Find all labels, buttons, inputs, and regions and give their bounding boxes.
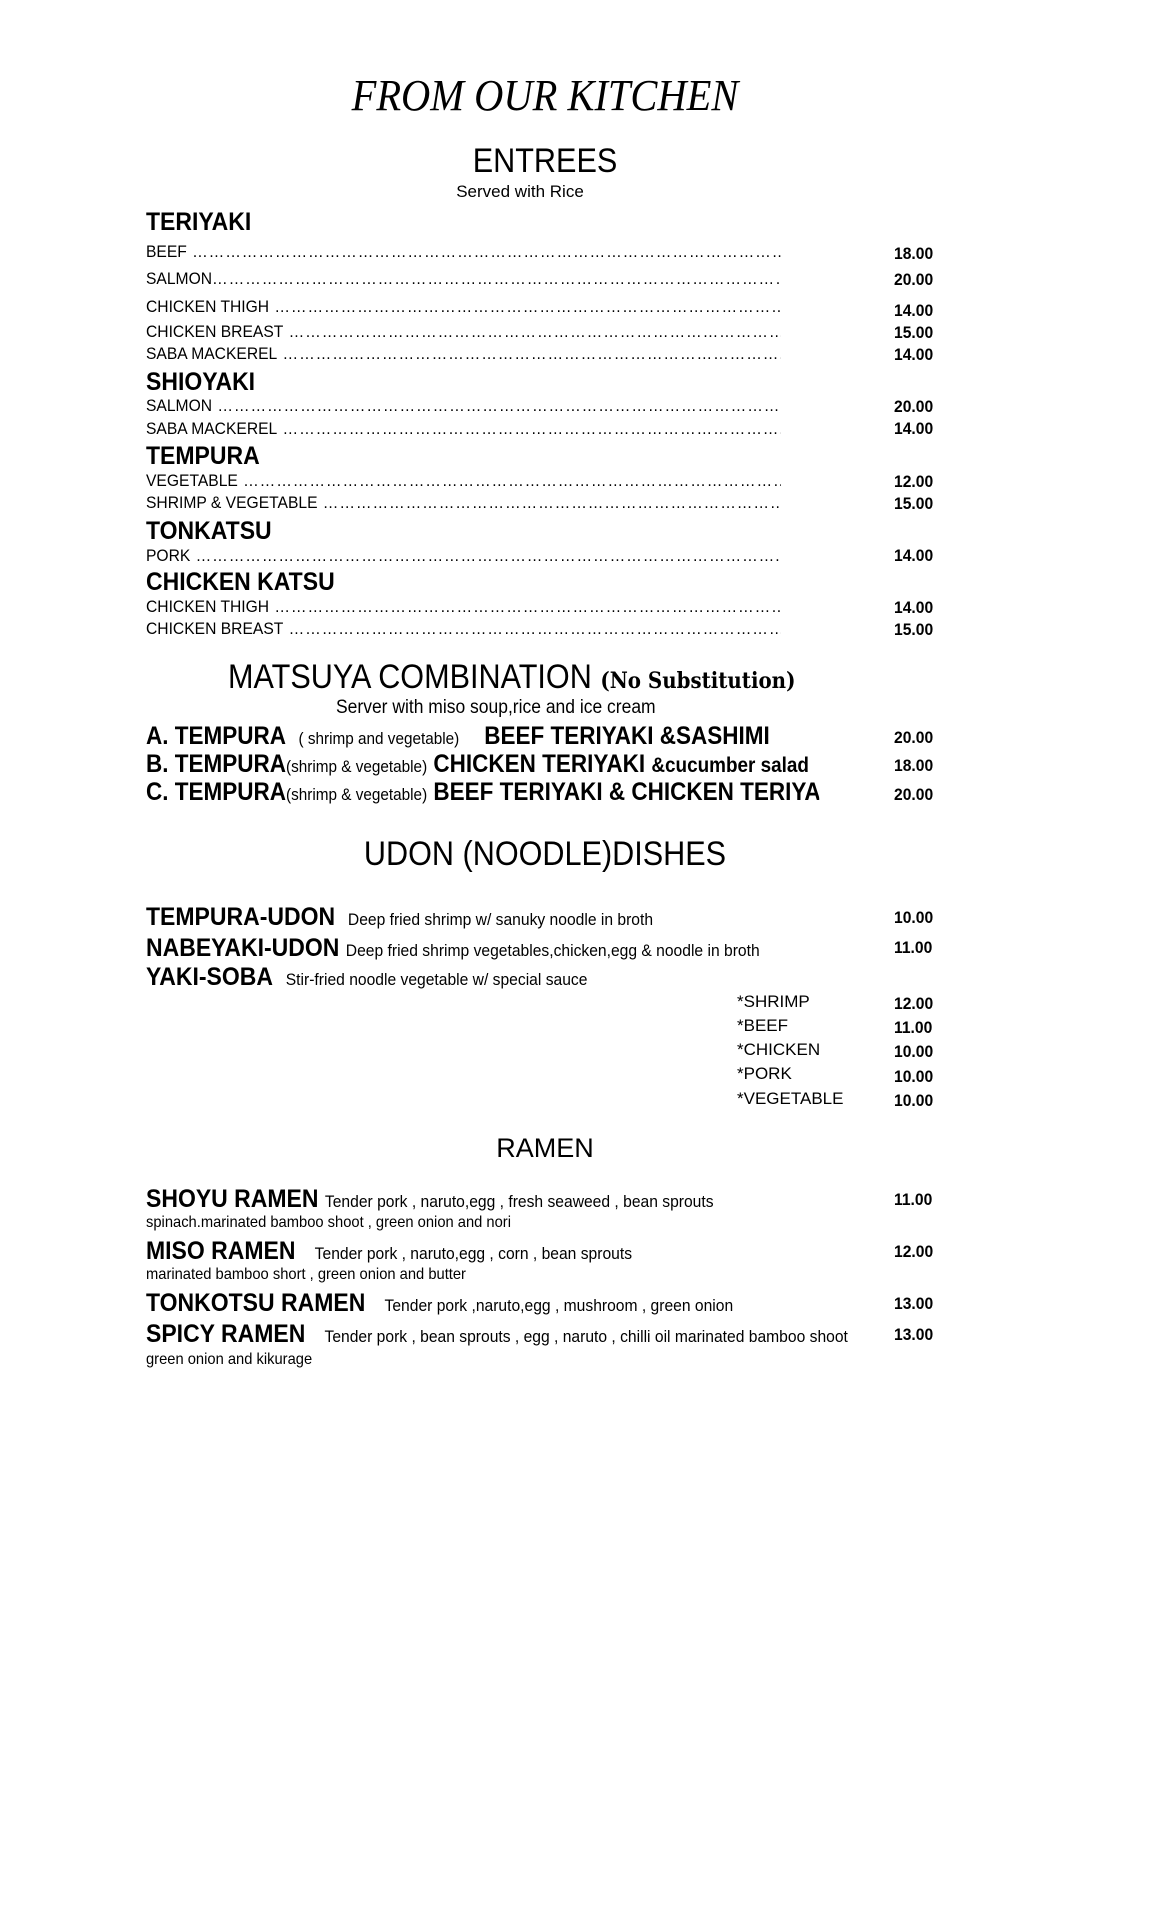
dish-desc-continued: spinach.marinated bamboo shoot , green o… bbox=[146, 1213, 511, 1233]
dot-leader: ……………………………………………………………………………….. bbox=[283, 322, 780, 341]
combo-with: BEEF TERIYAKI &SASHIMI bbox=[484, 722, 769, 750]
dish-desc-continued: green onion and kikurage bbox=[146, 1350, 312, 1370]
item-price: 12.00 bbox=[894, 472, 933, 492]
dish-desc: Stir-fried noodle vegetable w/ special s… bbox=[286, 970, 588, 989]
dish-desc: Tender pork , naruto,egg , corn , bean s… bbox=[315, 1244, 632, 1263]
item-name: SALMON bbox=[146, 396, 212, 415]
item-price: 20.00 bbox=[894, 785, 933, 805]
item-name: SHRIMP & VEGETABLE bbox=[146, 493, 318, 512]
item-name: CHICKEN THIGH bbox=[146, 597, 269, 616]
dish-tempura-udon: TEMPURA-UDON Deep fried shrimp w/ sanuky… bbox=[146, 903, 873, 934]
combo-item-a: A. TEMPURA ( shrimp and vegetable) BEEF … bbox=[146, 722, 830, 753]
entrees-subtitle: Served with Rice bbox=[0, 182, 1040, 202]
dot-leader: ………………………………………………………………………… bbox=[318, 493, 781, 512]
dot-leader: ……………………………………………………………………………….. bbox=[277, 344, 781, 363]
item-price: 13.00 bbox=[894, 1294, 933, 1314]
item-price: 15.00 bbox=[894, 323, 933, 343]
item-name: BEEF bbox=[146, 242, 187, 261]
item-price: 10.00 bbox=[894, 908, 933, 928]
dish-name: MISO RAMEN bbox=[146, 1237, 296, 1265]
combo-extra: &cucumber salad bbox=[651, 754, 809, 777]
combo-main: C. TEMPURA bbox=[146, 778, 286, 806]
combination-subtitle: Server with miso soup,rice and ice cream bbox=[336, 697, 656, 719]
dish-name: SPICY RAMEN bbox=[146, 1320, 305, 1348]
item-price: 20.00 bbox=[894, 270, 933, 290]
dish-desc: Deep fried shrimp vegetables,chicken,egg… bbox=[346, 941, 760, 960]
item-price: 13.00 bbox=[894, 1325, 933, 1345]
category-shioyaki: SHIOYAKI bbox=[146, 368, 255, 396]
dish-desc: Tender pork , naruto,egg , fresh seaweed… bbox=[325, 1192, 714, 1211]
combination-title: MATSUYA COMBINATION bbox=[228, 658, 592, 696]
item-name: CHICKEN BREAST bbox=[146, 619, 283, 638]
yakisoba-option: *CHICKEN bbox=[737, 1040, 820, 1060]
menu-item: SALMON ………………………………………………………………………………………… bbox=[146, 396, 781, 416]
menu-item: VEGETABLE ………………………………………………………………………………… bbox=[146, 471, 781, 491]
ramen-heading: RAMEN bbox=[0, 1133, 1090, 1163]
item-name: CHICKEN BREAST bbox=[146, 322, 283, 341]
yakisoba-option: *BEEF bbox=[737, 1016, 788, 1036]
dot-leader: ……………………………………………………………………………………………….. bbox=[187, 242, 781, 261]
combination-heading: MATSUYA COMBINATION (No Substitution) bbox=[228, 658, 795, 700]
category-teriyaki: TERIYAKI bbox=[146, 208, 251, 236]
combo-main: B. TEMPURA bbox=[146, 750, 286, 778]
dish-spicy-ramen: SPICY RAMEN Tender pork , bean sprouts ,… bbox=[146, 1320, 887, 1351]
category-tempura: TEMPURA bbox=[146, 442, 260, 470]
item-price: 14.00 bbox=[894, 419, 933, 439]
item-price: 11.00 bbox=[894, 1190, 932, 1210]
item-price: 15.00 bbox=[894, 494, 933, 514]
dish-tonkotsu-ramen: TONKOTSU RAMEN Tender pork ,naruto,egg ,… bbox=[146, 1289, 873, 1320]
menu-item: SHRIMP & VEGETABLE ………………………………………………………… bbox=[146, 493, 781, 513]
menu-item: PORK ……………………………………………………………………………………………… bbox=[146, 546, 781, 566]
menu-item: CHICKEN THIGH ……………………………………………………………………… bbox=[146, 597, 781, 617]
dish-name: NABEYAKI-UDON bbox=[146, 934, 339, 962]
menu-item: SALMON…………………………………………………………………………………………… bbox=[146, 269, 781, 289]
yakisoba-option: *PORK bbox=[737, 1064, 792, 1084]
dot-leader: ……………………………………………………………………………….. bbox=[283, 619, 780, 638]
dish-desc-continued: marinated bamboo short , green onion and… bbox=[146, 1265, 466, 1285]
item-price: 20.00 bbox=[894, 397, 933, 417]
menu-title: FROM OUR KITCHEN bbox=[44, 72, 1047, 120]
item-price: 10.00 bbox=[894, 1042, 933, 1062]
item-price: 10.00 bbox=[894, 1091, 933, 1111]
item-name: PORK bbox=[146, 546, 190, 565]
category-chicken-katsu: CHICKEN KATSU bbox=[146, 568, 335, 596]
combo-item-c: C. TEMPURA(shrimp & vegetable) BEEF TERI… bbox=[146, 778, 819, 809]
item-name: CHICKEN THIGH bbox=[146, 297, 269, 316]
category-tonkatsu: TONKATSU bbox=[146, 517, 272, 545]
menu-item: CHICKEN BREAST …………………………………………………………………… bbox=[146, 322, 781, 342]
combo-with: CHICKEN TERIYAKI bbox=[433, 750, 645, 778]
udon-heading: UDON (NOODLE)DISHES bbox=[55, 835, 1036, 873]
dot-leader: ……………………………………………………………………………….. bbox=[277, 419, 781, 438]
item-price: 12.00 bbox=[894, 994, 933, 1014]
yakisoba-option: *SHRIMP bbox=[737, 992, 810, 1012]
combo-main: A. TEMPURA bbox=[146, 722, 286, 750]
yakisoba-option: *VEGETABLE bbox=[737, 1089, 843, 1109]
item-price: 18.00 bbox=[894, 244, 933, 264]
entrees-heading: ENTREES bbox=[55, 142, 1036, 180]
dot-leader: …………………………………………………………………………………………….. bbox=[190, 546, 780, 565]
dot-leader: ………………………………………………………………………………………. bbox=[238, 471, 781, 490]
combo-with: BEEF TERIYAKI & CHICKEN TERIYAKI bbox=[433, 778, 819, 806]
dot-leader: ………………………………………………………………………………….. bbox=[269, 597, 781, 616]
dish-shoyu-ramen: SHOYU RAMEN Tender pork , naruto,egg , f… bbox=[146, 1185, 873, 1216]
item-price: 14.00 bbox=[894, 546, 933, 566]
dish-nabeyaki-udon: NABEYAKI-UDON Deep fried shrimp vegetabl… bbox=[146, 934, 873, 965]
item-name: VEGETABLE bbox=[146, 471, 238, 490]
menu-item: SABA MACKEREL ……………………………………………………………………… bbox=[146, 344, 781, 364]
combo-item-b: B. TEMPURA(shrimp & vegetable) CHICKEN T… bbox=[146, 750, 830, 781]
menu-item: CHICKEN BREAST …………………………………………………………………… bbox=[146, 619, 781, 639]
menu-item: BEEF ……………………………………………………………………………………………… bbox=[146, 242, 781, 262]
dot-leader: ………………………………………………………………………………………….. bbox=[212, 396, 781, 415]
item-price: 14.00 bbox=[894, 598, 933, 618]
item-name: SABA MACKEREL bbox=[146, 344, 277, 363]
item-price: 10.00 bbox=[894, 1067, 933, 1087]
dot-leader: ………………………………………………………………………………….. bbox=[269, 297, 781, 316]
combo-paren: (shrimp & vegetable) bbox=[286, 757, 427, 776]
item-name: SABA MACKEREL bbox=[146, 419, 277, 438]
dot-leader: ……………………………………………………………………………………………… bbox=[212, 269, 781, 288]
dish-miso-ramen: MISO RAMEN Tender pork , naruto,egg , co… bbox=[146, 1237, 873, 1268]
combo-paren: ( shrimp and vegetable) bbox=[299, 729, 460, 748]
dish-name: TEMPURA-UDON bbox=[146, 903, 335, 931]
item-price: 11.00 bbox=[894, 1018, 932, 1038]
item-name: SALMON bbox=[146, 269, 212, 288]
dish-desc: Tender pork , bean sprouts , egg , narut… bbox=[325, 1327, 848, 1346]
item-price: 14.00 bbox=[894, 301, 933, 321]
dish-name: TONKOTSU RAMEN bbox=[146, 1289, 365, 1317]
item-price: 15.00 bbox=[894, 620, 933, 640]
dish-desc: Deep fried shrimp w/ sanuky noodle in br… bbox=[348, 910, 653, 929]
item-price: 12.00 bbox=[894, 1242, 933, 1262]
item-price: 14.00 bbox=[894, 345, 933, 365]
dish-yaki-soba: YAKI-SOBA Stir-fried noodle vegetable w/… bbox=[146, 963, 873, 994]
no-substitution-note: (No Substitution) bbox=[600, 668, 795, 694]
dish-name: SHOYU RAMEN bbox=[146, 1185, 319, 1213]
item-price: 20.00 bbox=[894, 728, 933, 748]
menu-item: SABA MACKEREL ……………………………………………………………………… bbox=[146, 419, 781, 439]
menu-item: CHICKEN THIGH ……………………………………………………………………… bbox=[146, 297, 781, 317]
dish-desc: Tender pork ,naruto,egg , mushroom , gre… bbox=[385, 1296, 734, 1315]
dish-name: YAKI-SOBA bbox=[146, 963, 273, 991]
item-price: 18.00 bbox=[894, 756, 933, 776]
item-price: 11.00 bbox=[894, 938, 932, 958]
combo-paren: (shrimp & vegetable) bbox=[286, 785, 427, 804]
